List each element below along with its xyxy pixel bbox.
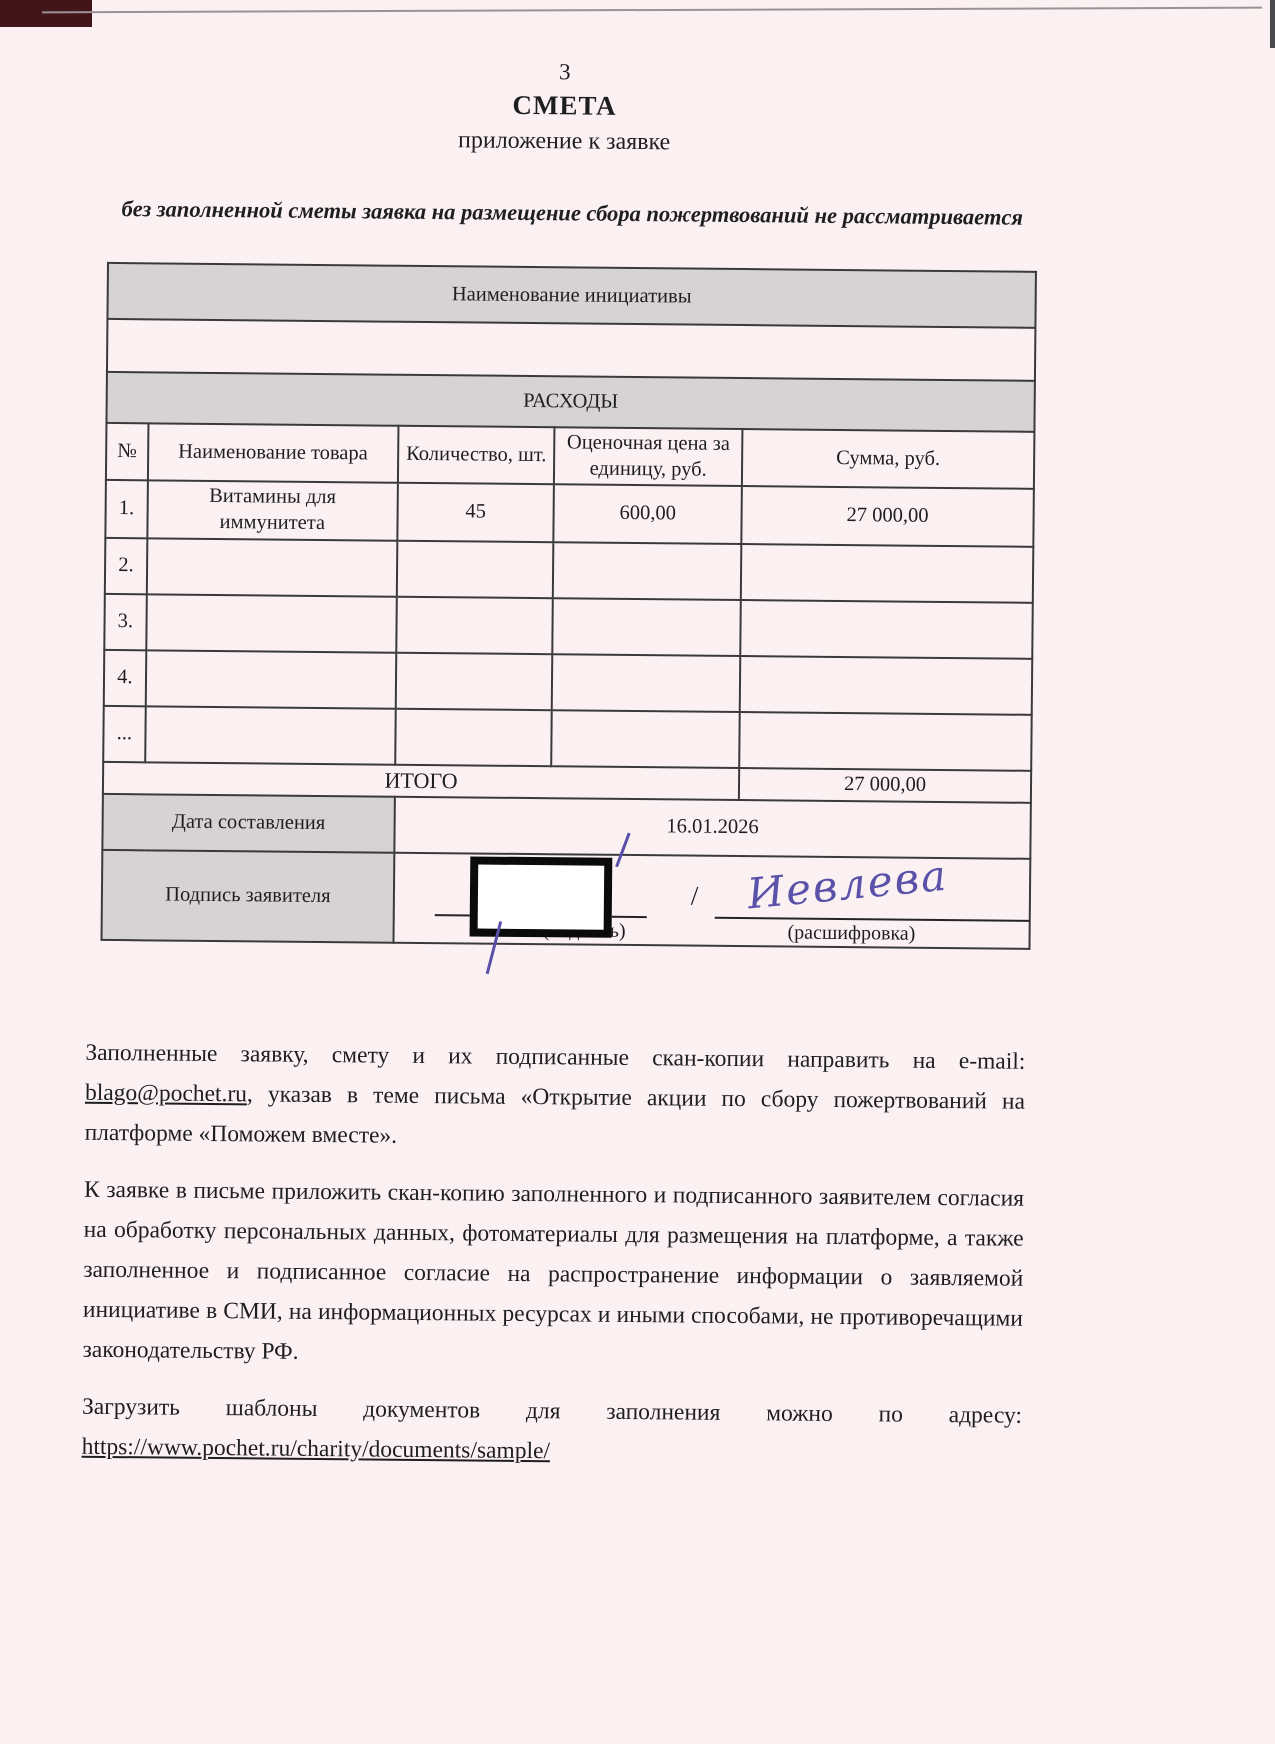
row-name-cell <box>145 650 396 708</box>
signature-area: Иевлева / (подпись) (расшифровка) <box>394 853 1029 947</box>
row-price-cell <box>553 542 741 600</box>
date-value-cell: 16.01.2026 <box>394 796 1031 858</box>
row-price-cell <box>552 654 740 712</box>
table-row: ... <box>103 705 1031 770</box>
page-number: 3 <box>95 55 1035 90</box>
row-sum-cell <box>741 544 1034 603</box>
email-link[interactable]: blago@pochet.ru <box>85 1079 247 1107</box>
scan-edge-mark <box>1270 0 1275 48</box>
column-header-num: № <box>106 423 148 481</box>
row-qty-cell <box>395 708 552 765</box>
handwritten-signature-name: Иевлева <box>745 850 950 918</box>
row-num-cell: 1. <box>105 480 147 538</box>
table-row: 4. <box>104 649 1032 714</box>
column-header-qty: Количество, шт. <box>398 426 555 485</box>
p1-before: Заполненные заявку, смету и их подписанн… <box>85 1039 1025 1074</box>
row-price-cell <box>552 710 740 768</box>
signature-area-cell: Иевлева / (подпись) (расшифровка) <box>393 852 1030 948</box>
row-name-cell <box>147 538 398 596</box>
scanned-document-page: 3 СМЕТА приложение к заявке без заполнен… <box>0 0 1275 1744</box>
notice-line: без заполненной сметы заявка на размещен… <box>93 196 1033 231</box>
scan-corner-artifact <box>0 0 92 27</box>
row-qty-cell <box>397 540 554 597</box>
paragraph-attachments: К заявке в письме приложить скан-копию з… <box>82 1169 1024 1378</box>
redaction-box <box>469 856 612 937</box>
p3-before: Загрузить шаблоны документов для заполне… <box>82 1393 1022 1428</box>
row-qty-cell: 45 <box>397 483 554 542</box>
document-subtitle: приложение к заявке <box>94 124 1034 160</box>
row-num-cell: 2. <box>105 537 147 593</box>
paragraph-templates: Загрузить шаблоны документов для заполне… <box>81 1386 1022 1475</box>
date-label-cell: Дата составления <box>102 793 394 852</box>
row-qty-cell <box>396 596 553 653</box>
row-sum-cell <box>739 712 1032 771</box>
row-sum-cell: 27 000,00 <box>741 486 1034 546</box>
row-name-cell <box>146 594 397 652</box>
column-header-sum: Сумма, руб. <box>742 429 1035 489</box>
templates-url-link[interactable]: https://www.pochet.ru/charity/documents/… <box>82 1433 551 1463</box>
table-row: 2. <box>105 537 1033 602</box>
expenses-section-header: РАСХОДЫ <box>106 372 1034 432</box>
total-value-cell: 27 000,00 <box>739 768 1031 803</box>
row-num-cell: 3. <box>104 593 146 649</box>
row-num-cell: 4. <box>104 649 146 705</box>
row-sum-cell <box>740 600 1033 659</box>
document-title: СМЕТА <box>94 86 1034 126</box>
table-row: 3. <box>104 593 1032 658</box>
row-name-cell: Витамины для иммунитета <box>147 481 398 541</box>
row-qty-cell <box>396 652 553 709</box>
row-name-cell <box>145 706 396 764</box>
initiative-header-cell: Наименование инициативы <box>107 263 1035 328</box>
document-content: 3 СМЕТА приложение к заявке без заполнен… <box>81 55 1035 1492</box>
initiative-value-cell <box>107 319 1035 381</box>
column-header-name: Наименование товара <box>148 423 399 483</box>
signature-label-cell: Подпись заявителя <box>102 849 395 942</box>
signature-separator: / <box>691 880 699 911</box>
instructions-text: Заполненные заявку, смету и их подписанн… <box>81 1032 1025 1475</box>
paragraph-send-documents: Заполненные заявку, смету и их подписанн… <box>84 1032 1025 1161</box>
row-price-cell: 600,00 <box>554 484 742 543</box>
row-price-cell <box>553 598 741 656</box>
column-header-unit-price: Оценочная цена за единицу, руб. <box>554 427 742 486</box>
transcript-caption: (расшифровка) <box>787 921 915 945</box>
scan-edge-line <box>42 7 1262 14</box>
table-row: 1. Витамины для иммунитета 45 600,00 27 … <box>105 480 1034 546</box>
row-sum-cell <box>740 656 1033 715</box>
estimate-table: Наименование инициативы РАСХОДЫ № Наимен… <box>101 262 1037 949</box>
row-num-cell: ... <box>103 705 145 761</box>
